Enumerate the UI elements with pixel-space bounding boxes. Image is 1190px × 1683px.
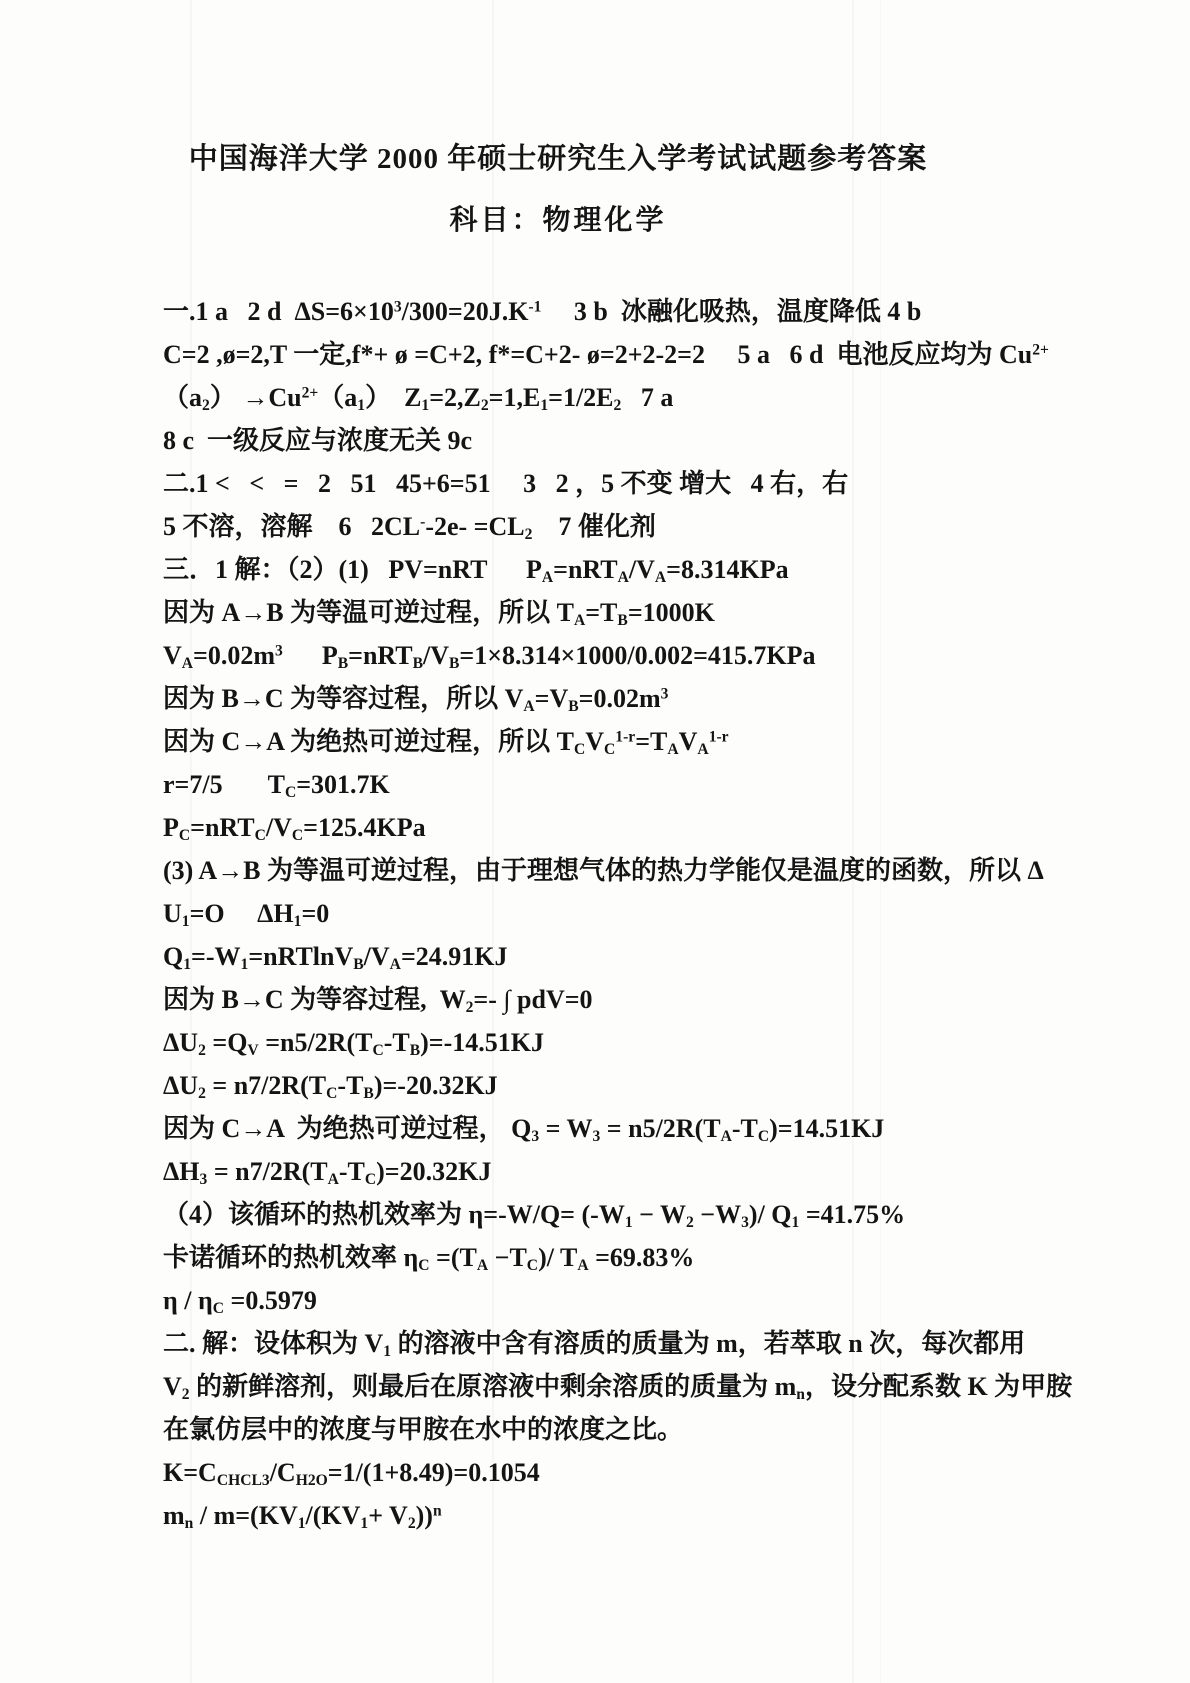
answer-line: 卡诺循环的热机效率 ηC =(TA −TC)/ TA =69.83% [163,1236,953,1279]
answer-line: r=7/5 TC=301.7K [163,763,953,806]
answer-line: 8 c 一级反应与浓度无关 9c [163,419,953,462]
answer-line: C=2 ,ø=2,T 一定,f*+ ø =C+2, f*=C+2- ø=2+2-… [163,333,953,376]
answer-line: ΔU2 = n7/2R(TC-TB)=-20.32KJ [163,1064,953,1107]
answer-line: ΔU2 =QV =n5/2R(TC-TB)=-14.51KJ [163,1021,953,1064]
answer-line: 二.1 < < = 2 51 45+6=51 3 2 ，5 不变 增大 4 右，… [163,462,953,505]
document-title: 中国海洋大学 2000 年硕士研究生入学考试试题参考答案 [163,136,953,177]
answer-line: U1=O ΔH1=0 [163,892,953,935]
answer-line: （a2） →Cu2+（a1） Z1=2,Z2=1,E1=1/2E2 7 a [163,376,953,419]
answer-line: 因为 C→A 为绝热可逆过程， Q3 = W3 = n5/2R(TA-TC)=1… [163,1107,953,1150]
answer-line: Q1=-W1=nRTlnVB/VA=24.91KJ [163,935,953,978]
answer-line: （4）该循环的热机效率为 η=-W/Q= (-W1 − W2 −W3)/ Q1 … [163,1193,953,1236]
answer-line: K=CCHCL3/CH2O=1/(1+8.49)=0.1054 [163,1451,953,1494]
answer-line: 因为 A→B 为等温可逆过程，所以 TA=TB=1000K [163,591,953,634]
answer-line: η / ηC =0.5979 [163,1279,953,1322]
answer-line: 因为 C→A 为绝热可逆过程，所以 TCVC1-r=TAVA1-r [163,720,953,763]
answer-line: 因为 B→C 为等容过程，所以 VA=VB=0.02m3 [163,677,953,720]
answer-line: mn / m=(KV1/(KV1+ V2))n [163,1494,953,1537]
answer-line: 5 不溶，溶解 6 2CL--2e- =CL2 7 催化剂 [163,505,953,548]
answer-line: 一.1 a 2 d ΔS=6×103/300=20J.K-1 3 b 冰融化吸热… [163,290,953,333]
subject-line: 科目：物理化学 [163,198,953,238]
answer-line: ΔH3 = n7/2R(TA-TC)=20.32KJ [163,1150,953,1193]
answer-line: 三．1 解：（2）(1) PV=nRT PA=nRTA/VA=8.314KPa [163,548,953,591]
answer-line: V2 的新鲜溶剂，则最后在原溶液中剩余溶质的质量为 mn，设分配系数 K 为甲胺 [163,1365,953,1408]
answer-line: 在氯仿层中的浓度与甲胺在水中的浓度之比。 [163,1408,953,1451]
answer-lines: 一.1 a 2 d ΔS=6×103/300=20J.K-1 3 b 冰融化吸热… [163,290,953,1537]
document-content: 中国海洋大学 2000 年硕士研究生入学考试试题参考答案 科目：物理化学 一.1… [163,136,953,1537]
answer-line: 因为 B→C 为等容过程, W2=- ∫ pdV=0 [163,978,953,1021]
answer-line: VA=0.02m3 PB=nRTB/VB=1×8.314×1000/0.002=… [163,634,953,677]
answer-line: 二. 解：设体积为 V1 的溶液中含有溶质的质量为 m，若萃取 n 次，每次都用 [163,1322,953,1365]
scanned-exam-page: 中国海洋大学 2000 年硕士研究生入学考试试题参考答案 科目：物理化学 一.1… [0,0,1190,1683]
answer-line: (3) A→B 为等温可逆过程，由于理想气体的热力学能仅是温度的函数，所以 Δ [163,849,953,892]
answer-line: PC=nRTC/VC=125.4KPa [163,806,953,849]
